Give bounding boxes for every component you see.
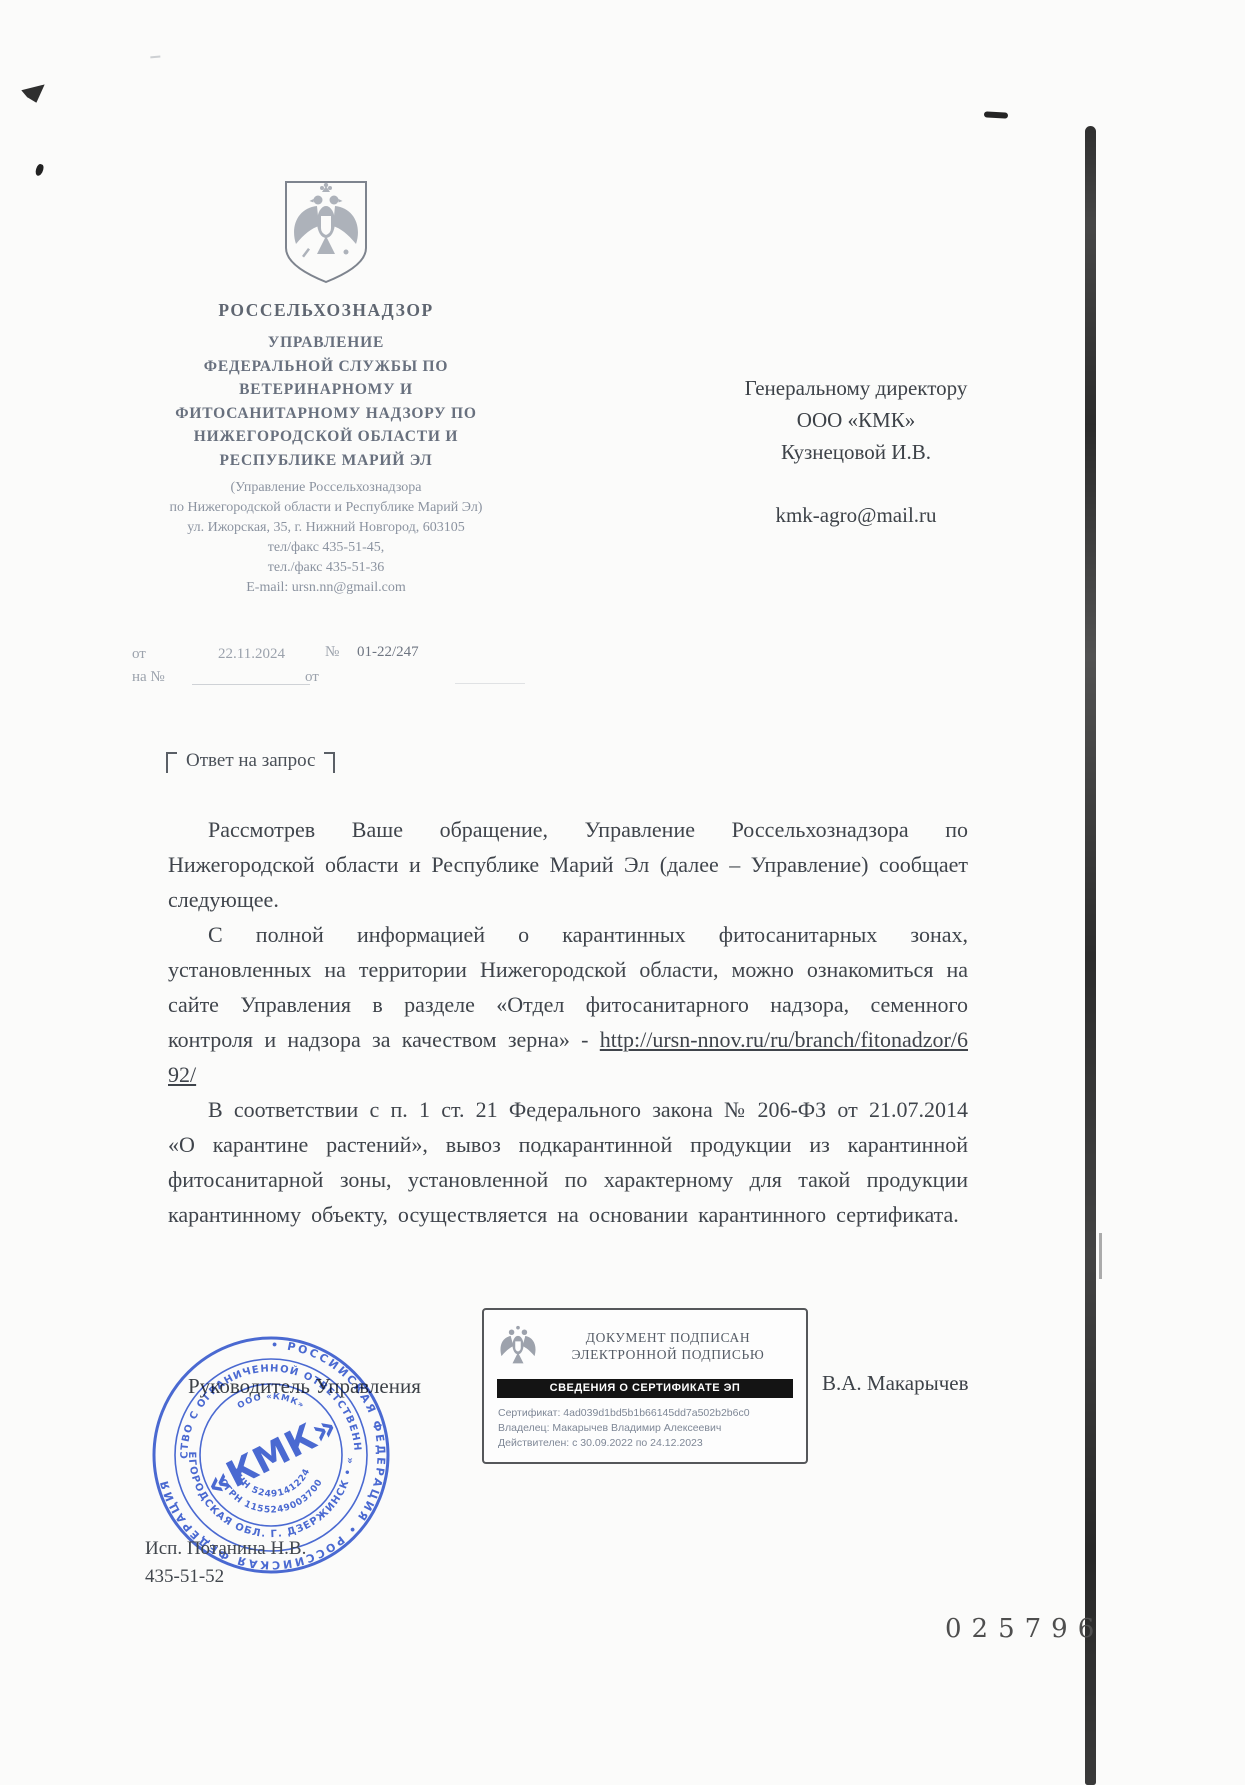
org-line: УПРАВЛЕНИЕ	[141, 331, 511, 355]
eds-certificate-bar: СВЕДЕНИЯ О СЕРТИФИКАТЕ ЭП	[497, 1379, 793, 1398]
recipient-company: ООО «КМК»	[718, 404, 994, 436]
faint-pencil-mark	[150, 48, 161, 59]
ref-number: 01-22/247	[357, 644, 419, 661]
org-line: РЕСПУБЛИКЕ МАРИЙ ЭЛ	[141, 449, 511, 473]
eds-details: Сертификат: 4ad039d1bd5b1b66145dd7a502b2…	[484, 1398, 806, 1451]
ref-from-label: от	[132, 646, 146, 663]
letterhead-contacts: (Управление Россельхознадзора по Нижегор…	[141, 478, 511, 598]
body-paragraph-3: В соответствии с п. 1 ст. 21 Федеральног…	[168, 1092, 968, 1232]
eagle-inner-shield	[321, 216, 331, 235]
signer-name: В.А. Макарычев	[822, 1371, 969, 1396]
org-line: ФИТОСАНИТАРНОМУ НАДЗОРУ ПО	[141, 402, 511, 426]
letterhead-sub-line: по Нижегородской области и Республике Ма…	[141, 498, 511, 518]
svg-text:ООО «КМК»: ООО «КМК»	[236, 1392, 306, 1411]
subject-bracket-left	[166, 752, 177, 773]
ref-reply-blank-2	[455, 668, 525, 684]
letterhead-fax: тел./факс 435-51-36	[141, 558, 511, 578]
eds-header: ДОКУМЕНТ ПОДПИСАН ЭЛЕКТРОННОЙ ПОДПИСЬЮ	[484, 1310, 806, 1370]
eds-validity: Действителен: с 30.09.2022 по 24.12.2023	[498, 1436, 806, 1451]
ink-smudge-arrow	[21, 84, 47, 104]
russia-coat-of-arms-icon	[278, 176, 374, 288]
body-paragraph-1: Рассмотрев Ваше обращение, Управление Ро…	[168, 812, 968, 917]
letter-body: Рассмотрев Ваше обращение, Управление Ро…	[168, 812, 968, 1232]
ref-date: 22.11.2024	[218, 646, 285, 663]
scan-edge-streak	[1085, 126, 1096, 1785]
recipient-person: Кузнецовой И.В.	[718, 436, 994, 468]
ref-reply-label: на №	[132, 669, 165, 686]
electronic-signature-stamp: ДОКУМЕНТ ПОДПИСАН ЭЛЕКТРОННОЙ ПОДПИСЬЮ С…	[482, 1308, 808, 1464]
letterhead-sub-line: (Управление Россельхознадзора	[141, 478, 511, 498]
subject-bracket-right	[324, 752, 335, 773]
letterhead: РОССЕЛЬХОЗНАДЗОР УПРАВЛЕНИЕ ФЕДЕРАЛЬНОЙ …	[141, 300, 511, 598]
recipient-block: Генеральному директору ООО «КМК» Кузнецо…	[718, 372, 994, 468]
stamp-inner-top-arc-text: ООО «КМК»	[236, 1392, 306, 1411]
eds-certificate: Сертификат: 4ad039d1bd5b1b66145dd7a502b2…	[498, 1406, 806, 1421]
eds-title: ДОКУМЕНТ ПОДПИСАН ЭЛЕКТРОННОЙ ПОДПИСЬЮ	[540, 1322, 796, 1370]
scanned-letter-page: РОССЕЛЬХОЗНАДЗОР УПРАВЛЕНИЕ ФЕДЕРАЛЬНОЙ …	[0, 0, 1245, 1785]
subject-text: Ответ на запрос	[186, 750, 315, 772]
eds-title-line2: ЭЛЕКТРОННОЙ ПОДПИСЬЮ	[540, 1346, 796, 1363]
letterhead-phone: тел/факс 435-51-45,	[141, 538, 511, 558]
recipient-position: Генеральному директору	[718, 372, 994, 404]
body-paragraph-2: С полной информацией о карантинных фитос…	[168, 917, 968, 1092]
scan-edge-mark	[1099, 1233, 1102, 1279]
letterhead-agency: РОССЕЛЬХОЗНАДЗОР	[141, 300, 511, 321]
executor-name: Исп. Потанина Н.В.	[145, 1538, 306, 1560]
subject-line: Ответ на запрос	[166, 750, 335, 773]
org-line: НИЖЕГОРОДСКОЙ ОБЛАСТИ И	[141, 425, 511, 449]
org-line: ФЕДЕРАЛЬНОЙ СЛУЖБЫ ПО	[141, 355, 511, 379]
ink-smudge-dash	[984, 111, 1008, 118]
coat-of-arms-svg	[278, 176, 374, 288]
eds-owner: Владелец: Макарычев Владимир Алексеевич	[498, 1421, 806, 1436]
letterhead-email: E-mail: ursn.nn@gmail.com	[141, 578, 511, 598]
eds-title-line1: ДОКУМЕНТ ПОДПИСАН	[540, 1329, 796, 1346]
executor-phone: 435-51-52	[145, 1566, 224, 1588]
recipient-email: kmk-agro@mail.ru	[718, 503, 994, 528]
page-number: 025796	[945, 1614, 1104, 1644]
letterhead-org-name: УПРАВЛЕНИЕ ФЕДЕРАЛЬНОЙ СЛУЖБЫ ПО ВЕТЕРИН…	[141, 331, 511, 472]
ref-number-sign: №	[325, 644, 339, 661]
eds-eagle-icon	[496, 1322, 540, 1370]
ref-reply-blank	[192, 669, 310, 685]
ink-smudge-blob	[35, 163, 45, 176]
ref-reply-from-label: от	[305, 669, 319, 686]
org-line: ВЕТЕРИНАРНОМУ И	[141, 378, 511, 402]
letterhead-address: ул. Ижорская, 35, г. Нижний Новгород, 60…	[141, 518, 511, 538]
